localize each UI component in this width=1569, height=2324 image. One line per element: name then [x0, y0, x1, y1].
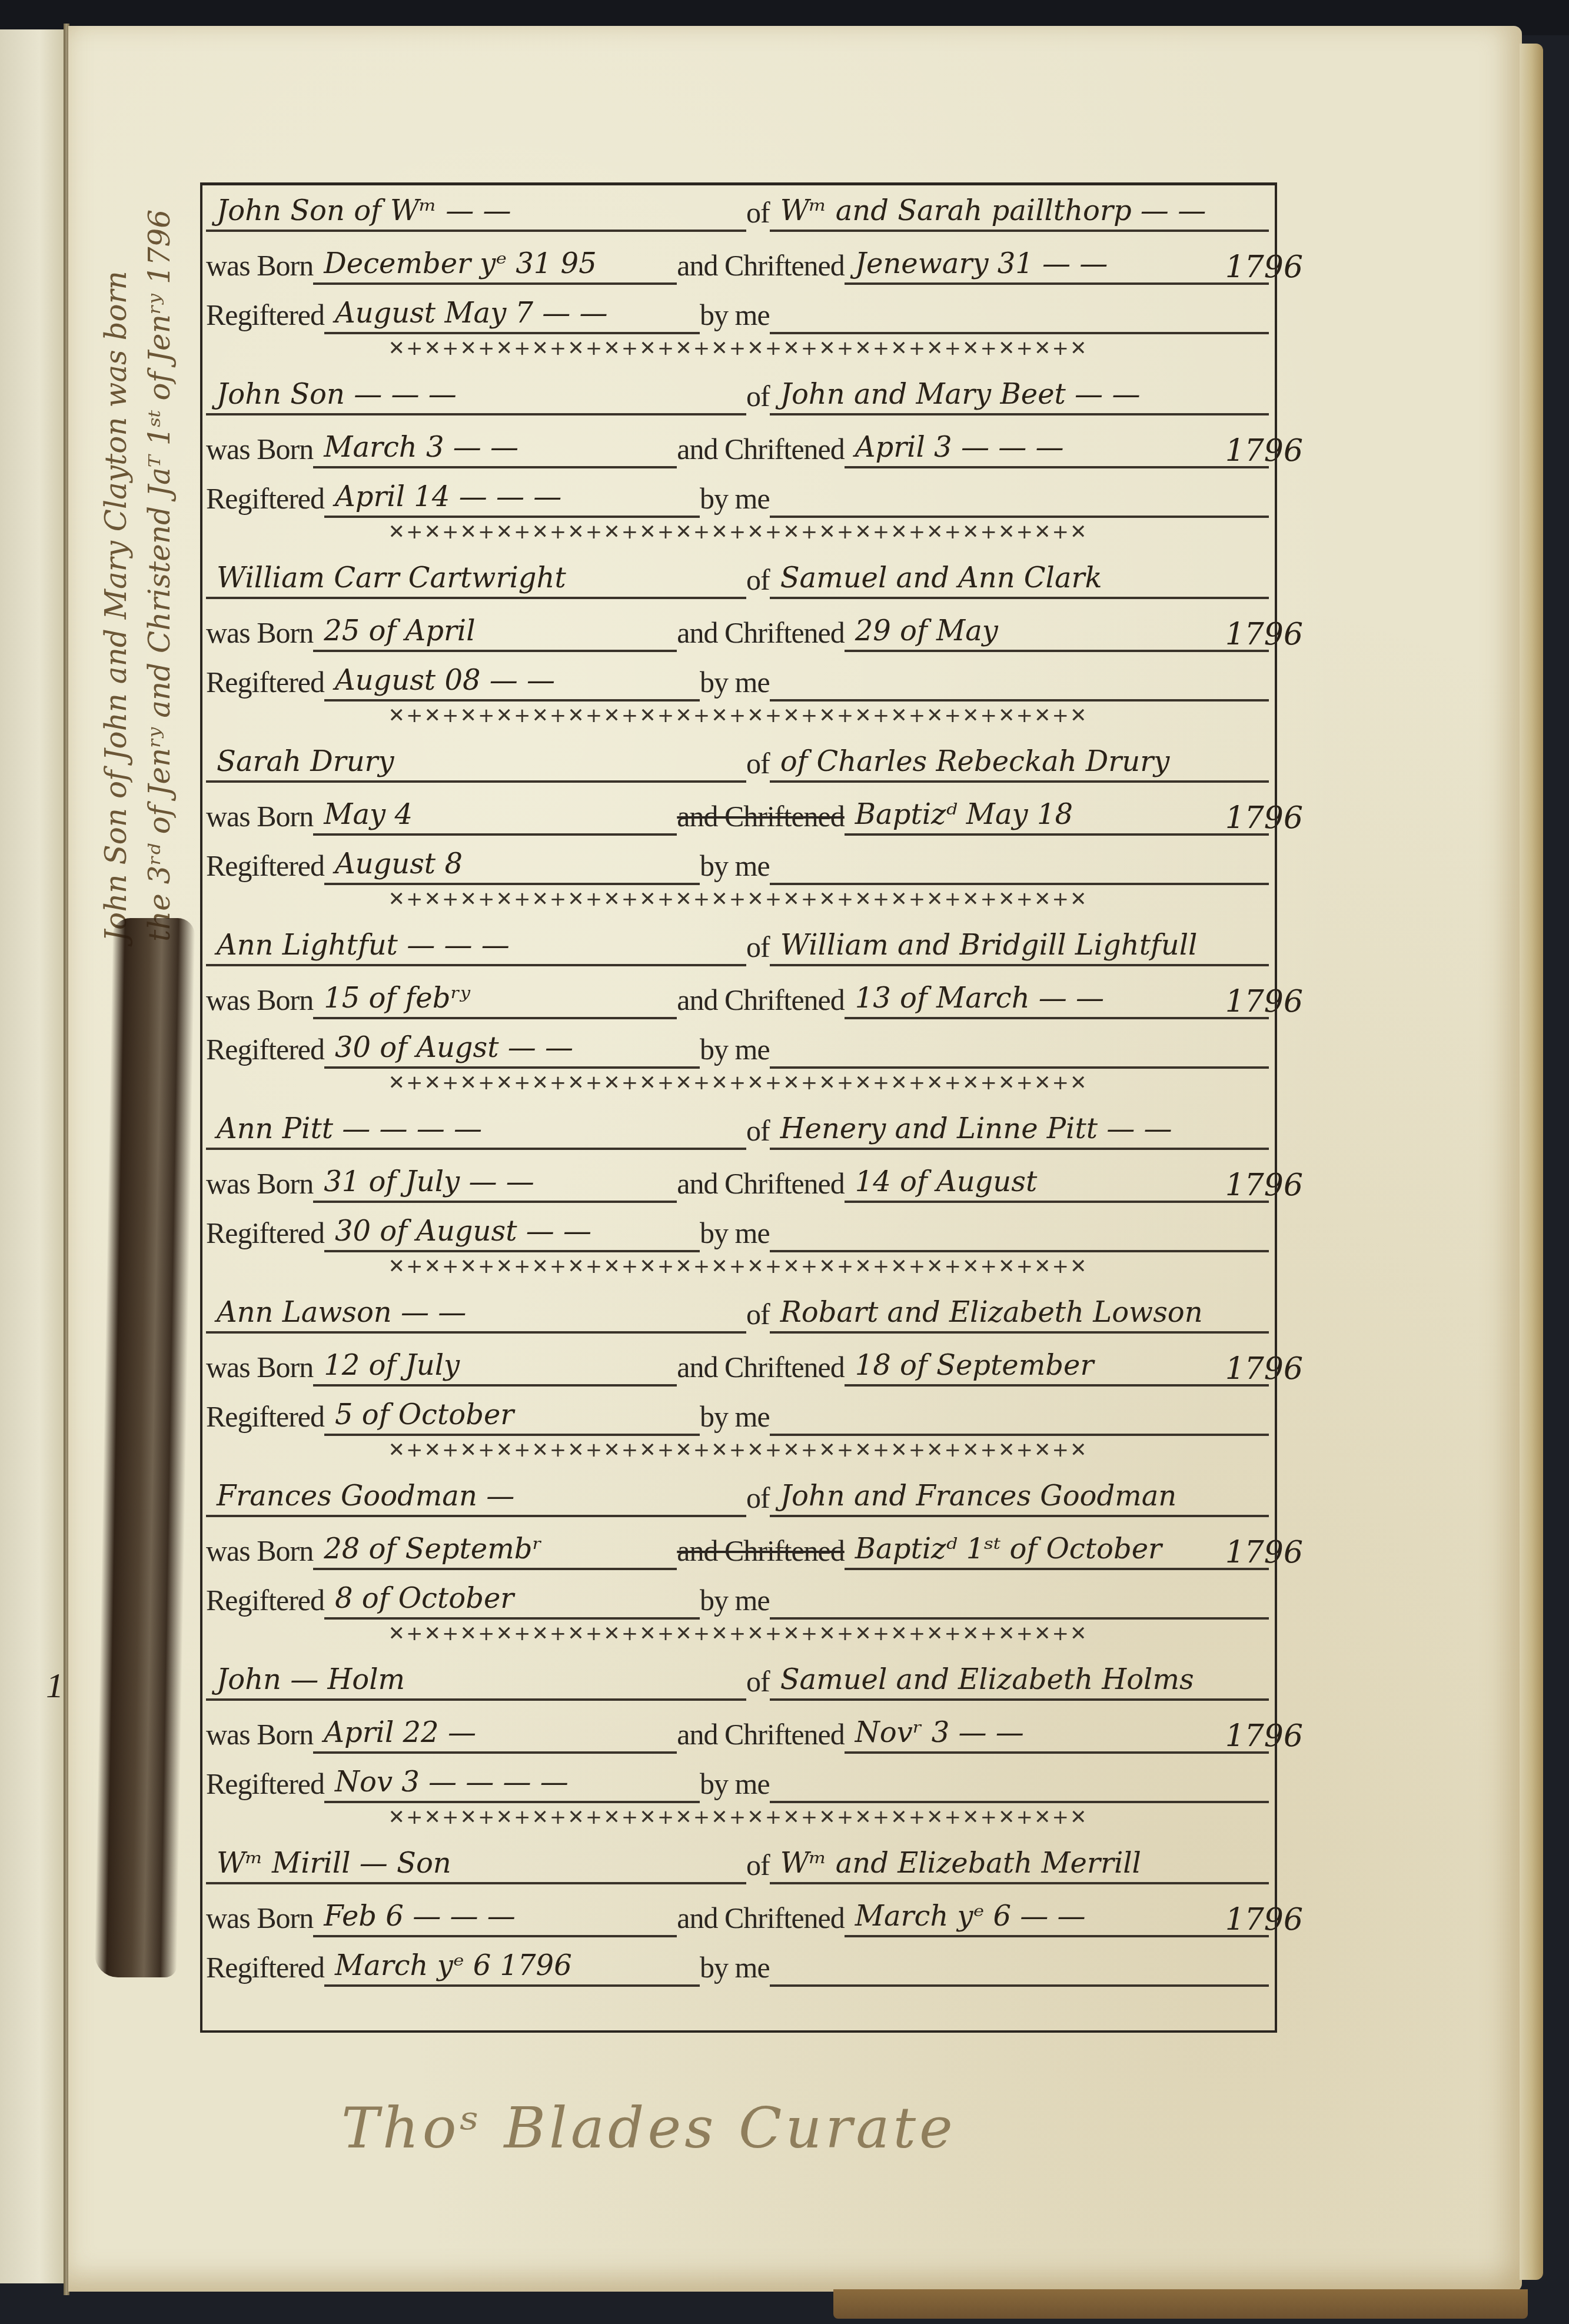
ornamental-divider: ✕+✕+✕+✕+✕+✕+✕+✕+✕+✕+✕+✕+✕+✕+✕+✕+✕+✕+✕+✕ — [320, 1071, 1156, 1095]
registrar-signature-line — [770, 661, 1269, 701]
ornamental-divider: ✕+✕+✕+✕+✕+✕+✕+✕+✕+✕+✕+✕+✕+✕+✕+✕+✕+✕+✕+✕ — [320, 1806, 1156, 1829]
registered-date: Nov 3 — — — — — [324, 1763, 700, 1803]
was-born-label: was Born — [206, 1350, 313, 1387]
registered-row: Regiftered March yᵉ 6 1796 by me — [206, 1944, 1269, 1987]
registered-date: 5 of October — [324, 1396, 700, 1436]
christening-date: March yᵉ 6 — — — [845, 1897, 1269, 1937]
christened-label: and Chriftened — [677, 1534, 845, 1570]
birth-date: April 22 — — [313, 1714, 677, 1754]
was-born-label: was Born — [206, 799, 313, 836]
of-label: of — [746, 1297, 770, 1334]
registrar-signature-line — [770, 845, 1269, 885]
registered-label: Regiftered — [206, 481, 324, 518]
ornamental-divider: ✕+✕+✕+✕+✕+✕+✕+✕+✕+✕+✕+✕+✕+✕+✕+✕+✕+✕+✕+✕ — [320, 1622, 1156, 1645]
curate-signature: Thoˢ Blades Curate — [341, 2095, 956, 2161]
registered-row: Regiftered 5 of October by me — [206, 1394, 1269, 1436]
parents-names: William and Bridgill Lightfull — [770, 926, 1269, 966]
parents-names: Samuel and Ann Clark — [770, 559, 1269, 599]
birth-date: 31 of July — — — [313, 1163, 677, 1203]
parents-names: Samuel and Elizabeth Holms — [770, 1661, 1269, 1701]
christened-label: and Chriftened — [677, 1901, 845, 1937]
name-row: Ann Lawson — — of Robart and Elizabeth L… — [206, 1291, 1269, 1334]
of-label: of — [746, 1113, 770, 1150]
by-me-label: by me — [700, 1216, 770, 1252]
registrar-signature-line — [770, 1763, 1269, 1803]
registered-date: 30 of August — — — [324, 1212, 700, 1252]
child-name: John — Holm — [206, 1661, 746, 1701]
of-label: of — [746, 930, 770, 966]
by-me-label: by me — [700, 1399, 770, 1436]
of-label: of — [746, 1664, 770, 1701]
was-born-label: was Born — [206, 1717, 313, 1754]
entry-year: 1796 — [1225, 1902, 1303, 1937]
registered-row: Regiftered Nov 3 — — — — by me — [206, 1761, 1269, 1803]
registered-label: Regiftered — [206, 1216, 324, 1252]
registrar-signature-line — [770, 1947, 1269, 1987]
parents-names: Wᵐ and Sarah paillthorp — — — [770, 192, 1269, 232]
child-name: John Son of Wᵐ — — — [206, 192, 746, 232]
registered-label: Regiftered — [206, 1032, 324, 1069]
birth-row: was Born 12 of July and Chriftened 18 of… — [206, 1344, 1269, 1387]
of-label: of — [746, 746, 770, 783]
christening-date: 18 of September — [845, 1346, 1269, 1387]
christened-label: and Chriftened — [677, 432, 845, 468]
birth-date: 12 of July — [313, 1346, 677, 1387]
of-label: of — [746, 1848, 770, 1884]
christened-label: and Chriftened — [677, 1350, 845, 1387]
christening-date: April 3 — — — — [845, 428, 1269, 468]
name-row: Frances Goodman — of John and Frances Go… — [206, 1475, 1269, 1517]
child-name: Sarah Drury — [206, 743, 746, 783]
of-label: of — [746, 379, 770, 415]
entry-year: 1796 — [1225, 984, 1303, 1019]
registered-date: August May 7 — — — [324, 294, 700, 334]
birth-date: December yᵉ 31 95 — [313, 245, 677, 285]
registered-row: Regiftered August 8 by me — [206, 843, 1269, 885]
christened-label: and Chriftened — [677, 616, 845, 652]
was-born-label: was Born — [206, 432, 313, 468]
registrar-signature-line — [770, 1396, 1269, 1436]
registered-row: Regiftered April 14 — — — by me — [206, 476, 1269, 518]
christening-date: Novʳ 3 — — — [845, 1714, 1269, 1754]
christened-label: and Chriftened — [677, 248, 845, 285]
christened-label: and Chriftened — [677, 1166, 845, 1203]
christening-date: 14 of August — [845, 1163, 1269, 1203]
parents-names: Henery and Linne Pitt — — — [770, 1110, 1269, 1150]
christening-date: Jenewary 31 — — — [845, 245, 1269, 285]
page-bottom-edge — [833, 2289, 1528, 2319]
registered-row: Regiftered August May 7 — — by me — [206, 292, 1269, 334]
by-me-label: by me — [700, 849, 770, 885]
child-name: William Carr Cartwright — [206, 559, 746, 599]
name-row: Wᵐ Mirill — Son of Wᵐ and Elizebath Merr… — [206, 1842, 1269, 1884]
registered-date: April 14 — — — — [324, 478, 700, 518]
was-born-label: was Born — [206, 1534, 313, 1570]
was-born-label: was Born — [206, 1901, 313, 1937]
registered-label: Regiftered — [206, 665, 324, 701]
ornamental-divider: ✕+✕+✕+✕+✕+✕+✕+✕+✕+✕+✕+✕+✕+✕+✕+✕+✕+✕+✕+✕ — [320, 704, 1156, 727]
birth-date: Feb 6 — — — — [313, 1897, 677, 1937]
birth-row: was Born 15 of febʳʸ and Chriftened 13 o… — [206, 977, 1269, 1019]
by-me-label: by me — [700, 1583, 770, 1620]
registered-label: Regiftered — [206, 298, 324, 334]
birth-row: was Born 31 of July — — and Chriftened 1… — [206, 1161, 1269, 1203]
birth-row: was Born May 4 and Chriftened Baptizᵈ Ma… — [206, 793, 1269, 836]
entry-year: 1796 — [1225, 1168, 1303, 1203]
parents-names: Wᵐ and Elizebath Merrill — [770, 1844, 1269, 1884]
birth-row: was Born Feb 6 — — — and Chriftened Marc… — [206, 1895, 1269, 1937]
child-name: Frances Goodman — — [206, 1477, 746, 1517]
registrar-signature-line — [770, 1580, 1269, 1620]
registered-date: March yᵉ 6 1796 — [324, 1947, 700, 1987]
registered-label: Regiftered — [206, 1950, 324, 1987]
name-row: John Son — — — of John and Mary Beet — — — [206, 373, 1269, 415]
page-fore-edge — [1520, 44, 1543, 2280]
registrar-signature-line — [770, 478, 1269, 518]
name-row: John Son of Wᵐ — — of Wᵐ and Sarah paill… — [206, 189, 1269, 232]
birth-row: was Born December yᵉ 31 95 and Chriftene… — [206, 242, 1269, 285]
birth-date: 25 of April — [313, 612, 677, 652]
of-label: of — [746, 195, 770, 232]
margin-annotation-line-1: John Son of John and Mary Clayton was bo… — [94, 71, 138, 942]
name-row: Ann Pitt — — — — of Henery and Linne Pit… — [206, 1108, 1269, 1150]
name-row: William Carr Cartwright of Samuel and An… — [206, 557, 1269, 599]
christened-label: and Chriftened — [677, 983, 845, 1019]
child-name: John Son — — — — [206, 375, 746, 415]
child-name: Wᵐ Mirill — Son — [206, 1844, 746, 1884]
registered-date: August 8 — [324, 845, 700, 885]
entry-year: 1796 — [1225, 1535, 1303, 1570]
christened-label: and Chriftened — [677, 1717, 845, 1754]
was-born-label: was Born — [206, 983, 313, 1019]
registered-row: Regiftered August 08 — — by me — [206, 659, 1269, 701]
registered-label: Regiftered — [206, 1583, 324, 1620]
registered-label: Regiftered — [206, 849, 324, 885]
registrar-signature-line — [770, 1212, 1269, 1252]
child-name: Ann Lightfut — — — — [206, 926, 746, 966]
register-form: John Son of Wᵐ — — of Wᵐ and Sarah paill… — [200, 182, 1277, 2033]
entry-year: 1796 — [1225, 800, 1303, 836]
registered-label: Regiftered — [206, 1399, 324, 1436]
child-name: Ann Lawson — — — [206, 1294, 746, 1334]
christened-label: and Chriftened — [677, 799, 845, 836]
of-label: of — [746, 563, 770, 599]
by-me-label: by me — [700, 1032, 770, 1069]
birth-row: was Born April 22 — and Chriftened Novʳ … — [206, 1711, 1269, 1754]
by-me-label: by me — [700, 1767, 770, 1803]
name-row: Sarah Drury of of Charles Rebeckah Drury — [206, 740, 1269, 783]
birth-date: 15 of febʳʸ — [313, 979, 677, 1019]
ornamental-divider: ✕+✕+✕+✕+✕+✕+✕+✕+✕+✕+✕+✕+✕+✕+✕+✕+✕+✕+✕+✕ — [320, 520, 1156, 544]
registrar-signature-line — [770, 294, 1269, 334]
birth-date: May 4 — [313, 796, 677, 836]
was-born-label: was Born — [206, 616, 313, 652]
ornamental-divider: ✕+✕+✕+✕+✕+✕+✕+✕+✕+✕+✕+✕+✕+✕+✕+✕+✕+✕+✕+✕ — [320, 887, 1156, 911]
birth-row: was Born 25 of April and Chriftened 29 o… — [206, 610, 1269, 652]
christening-date: Baptizᵈ 1ˢᵗ of October — [845, 1530, 1269, 1570]
christening-date: Baptizᵈ May 18 — [845, 796, 1269, 836]
by-me-label: by me — [700, 298, 770, 334]
name-row: John — Holm of Samuel and Elizabeth Holm… — [206, 1658, 1269, 1701]
birth-date: March 3 — — — [313, 428, 677, 468]
ornamental-divider: ✕+✕+✕+✕+✕+✕+✕+✕+✕+✕+✕+✕+✕+✕+✕+✕+✕+✕+✕+✕ — [320, 1438, 1156, 1462]
registrar-signature-line — [770, 1029, 1269, 1069]
registered-row: Regiftered 30 of Augst — — by me — [206, 1026, 1269, 1069]
was-born-label: was Born — [206, 248, 313, 285]
ornamental-divider: ✕+✕+✕+✕+✕+✕+✕+✕+✕+✕+✕+✕+✕+✕+✕+✕+✕+✕+✕+✕ — [320, 1255, 1156, 1278]
birth-date: 28 of Septembʳ — [313, 1530, 677, 1570]
entry-year: 1796 — [1225, 250, 1303, 285]
entry-year: 1796 — [1225, 617, 1303, 652]
christening-date: 29 of May — [845, 612, 1269, 652]
facing-page-edge — [0, 29, 68, 2283]
birth-row: was Born 28 of Septembʳ and Chriftened B… — [206, 1528, 1269, 1570]
registered-row: Regiftered 8 of October by me — [206, 1577, 1269, 1620]
entry-year: 1796 — [1225, 1718, 1303, 1754]
child-name: Ann Pitt — — — — — [206, 1110, 746, 1150]
registered-date: 30 of Augst — — — [324, 1029, 700, 1069]
register-top-rule — [202, 182, 1275, 185]
register-entry: ✕+✕+✕+✕+✕+✕+✕+✕+✕+✕+✕+✕+✕+✕+✕+✕+✕+✕+✕+✕ … — [202, 1840, 1275, 2026]
margin-mark: 1 — [46, 1665, 64, 1706]
name-row: Ann Lightfut — — — of William and Bridgi… — [206, 924, 1269, 966]
by-me-label: by me — [700, 665, 770, 701]
birth-row: was Born March 3 — — and Chriftened Apri… — [206, 426, 1269, 468]
parents-names: Robart and Elizabeth Lowson — [770, 1294, 1269, 1334]
entry-year: 1796 — [1225, 433, 1303, 468]
was-born-label: was Born — [206, 1166, 313, 1203]
ornamental-divider: ✕+✕+✕+✕+✕+✕+✕+✕+✕+✕+✕+✕+✕+✕+✕+✕+✕+✕+✕+✕ — [320, 337, 1156, 360]
entry-year: 1796 — [1225, 1351, 1303, 1387]
registered-date: 8 of October — [324, 1580, 700, 1620]
of-label: of — [746, 1481, 770, 1517]
registered-row: Regiftered 30 of August — — by me — [206, 1210, 1269, 1252]
parents-names: John and Frances Goodman — [770, 1477, 1269, 1517]
registered-date: August 08 — — — [324, 661, 700, 701]
margin-annotation-line-2: the 3ʳᵈ of Jenʳʸ and Christend Jaᵀ 1ˢᵗ o… — [138, 71, 181, 942]
by-me-label: by me — [700, 1950, 770, 1987]
margin-annotation: John Son of John and Mary Clayton was bo… — [94, 71, 181, 942]
christening-date: 13 of March — — — [845, 979, 1269, 1019]
parents-names: John and Mary Beet — — — [770, 375, 1269, 415]
registered-label: Regiftered — [206, 1767, 324, 1803]
by-me-label: by me — [700, 481, 770, 518]
parents-names: of Charles Rebeckah Drury — [770, 743, 1269, 783]
